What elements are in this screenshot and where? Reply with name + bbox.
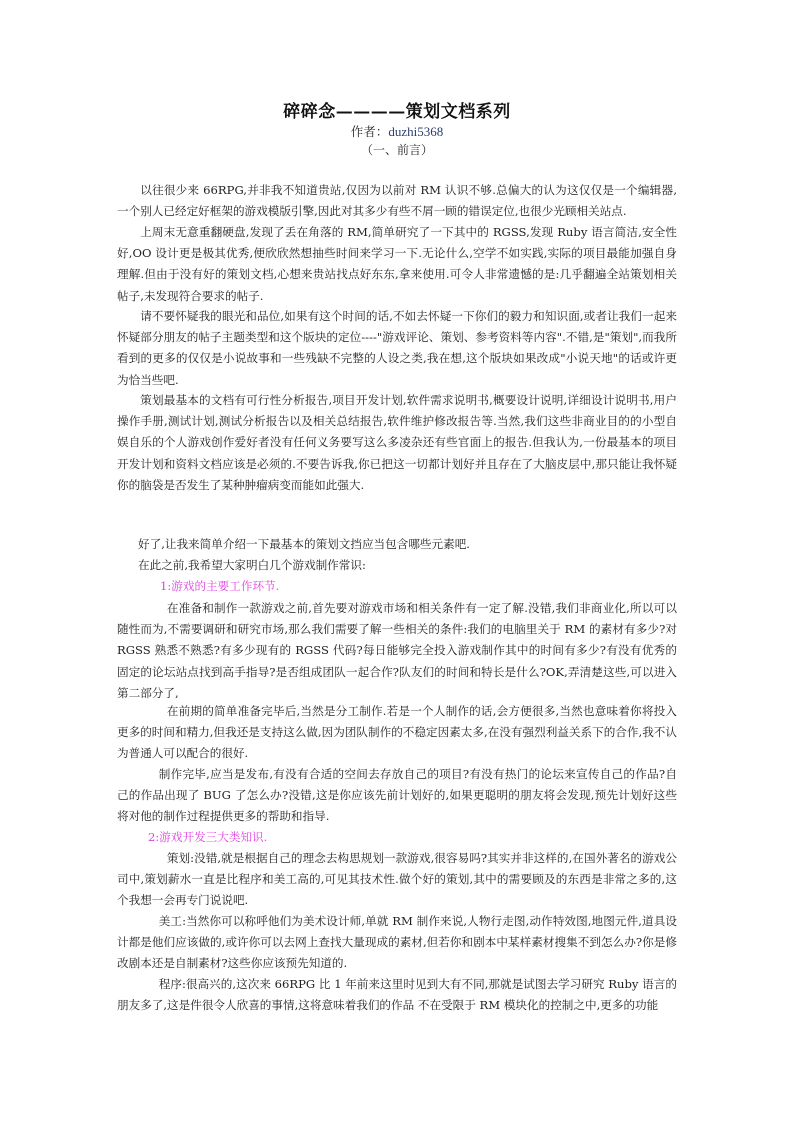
paragraph-transition-2: 在此之前,我希望大家明白几个游戏制作常识: — [138, 555, 678, 576]
section2-paragraph-3: 程序:很高兴的,这次来 66RPG 比 1 年前来这里时见到大有不同,那就是试图… — [117, 974, 677, 1016]
paragraph-transition-1: 好了,让我来简单介绍一下最基本的策划文挡应当包含哪些元素吧. — [138, 534, 678, 555]
section2-paragraph-1: 策划:没错,就是根据自己的理念去构思规划一款游戏,很容易吗?其实并非这样的,在国… — [117, 848, 677, 912]
section1-paragraph-1: 在准备和制作一款游戏之前,首先要对游戏市场和相关条件有一定了解.没错,我们非商业… — [117, 598, 677, 704]
section1-paragraph-2: 在前期的简单准备完毕后,当然是分工制作.若是一个人制作的话,会方便很多,当然也意… — [117, 701, 677, 765]
paragraph-intro-3: 请不要怀疑我的眼光和品位,如果有这个时间的话,不如去怀疑一下你们的毅力和知识面,… — [117, 306, 677, 391]
section-subtitle: （一、前言） — [0, 141, 794, 158]
section1-paragraph-3: 制作完毕,应当是发布,有没有合适的空间去存放自己的项目?有没有热门的论坛来宣传自… — [117, 764, 677, 828]
section2-paragraph-2: 美工:当然你可以称呼他们为美术设计师,单就 RM 制作来说,人物行走图,动作特效… — [117, 911, 677, 975]
document-title: 碎碎念————策划文档系列 — [0, 97, 794, 122]
paragraph-intro-2: 上周末无意重翻硬盘,发现了丢在角落的 RM,简单研究了一下其中的 RGSS,发现… — [117, 222, 677, 307]
section-heading-1: 1:游戏的主要工作环节. — [160, 576, 279, 597]
paragraph-intro-1: 以往很少来 66RPG,并非我不知道贵站,仅因为以前对 RM 认识不够.总偏大的… — [117, 180, 677, 222]
author-label: 作者： — [351, 124, 389, 139]
author-line: 作者：duzhi5368 — [0, 122, 794, 140]
paragraph-intro-4: 策划最基本的文档有可行性分析报告,项目开发计划,软件需求说明书,概要设计说明,详… — [117, 390, 677, 496]
document-page: 碎碎念————策划文档系列 作者：duzhi5368 （一、前言） 以往很少来 … — [0, 0, 794, 1123]
section-heading-2: 2:游戏开发三大类知识. — [148, 827, 267, 848]
author-name: duzhi5368 — [388, 124, 443, 139]
